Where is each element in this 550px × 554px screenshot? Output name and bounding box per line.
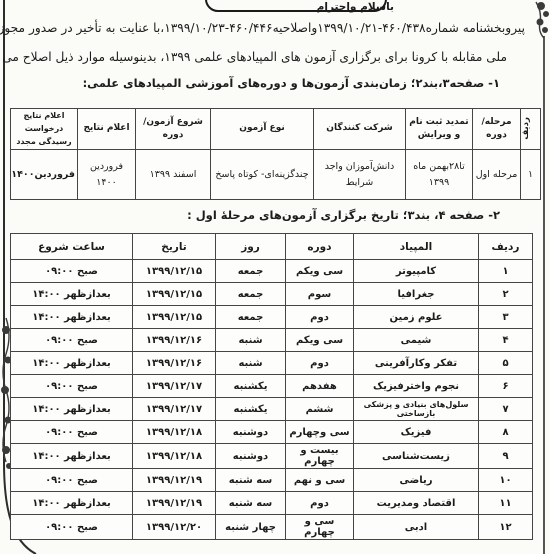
cell-period: ششم bbox=[286, 398, 354, 421]
cell-period: سی ویکم bbox=[286, 329, 354, 352]
cell-period: سی ویکم bbox=[286, 260, 354, 283]
cell-date: ۱۳۹۹/۱۲/۱۵ bbox=[133, 283, 216, 306]
cell-olympiad-name: زیست‌شناسی bbox=[354, 444, 479, 469]
cell-start-time: ۱۴:۰۰ بعدازظهر bbox=[11, 492, 133, 515]
schedule-data-row: ۱ مرحله اول تا۲۸بهمن ماه ۱۳۹۹ دانش‌آموزا… bbox=[11, 150, 541, 200]
cell-period: سی و نهم bbox=[286, 469, 354, 492]
cell-olympiad-name: اقتصاد ومدیریت bbox=[354, 492, 479, 515]
cell-date: ۱۳۹۹/۱۲/۱۷ bbox=[133, 375, 216, 398]
cell-start-time: ۱۴:۰۰ بعدازظهر bbox=[11, 283, 133, 306]
column-header-date: تاریخ bbox=[133, 234, 216, 260]
column-header-olympiad: المپیاد bbox=[354, 234, 479, 260]
cell-row-number: ۱۱ bbox=[479, 492, 533, 515]
cell-olympiad-name: فیزیک bbox=[354, 421, 479, 444]
cell-start-time: ۰۹:۰۰ صبح bbox=[11, 260, 133, 283]
cell-start-time: ۱۴:۰۰ بعدازظهر bbox=[11, 352, 133, 375]
section-1-title: ۱- صفحه۳،بند۲؛ زمان‌بندی آزمون‌ها و دوره… bbox=[83, 76, 500, 90]
exam-table-row: ۴ شیمی سی ویکم شنبه ۱۳۹۹/۱۲/۱۶ ۰۹:۰۰ صبح bbox=[11, 329, 533, 352]
cell-row-number: ۲ bbox=[479, 283, 533, 306]
exam-table-row: ۱۰ ریاضی سی و نهم سه شنبه ۱۳۹۹/۱۲/۱۹ ۰۹:… bbox=[11, 469, 533, 492]
column-header-stage: مرحله/دوره bbox=[473, 109, 521, 150]
cell-day: جمعه bbox=[216, 283, 286, 306]
cell-start-time: ۰۹:۰۰ صبح bbox=[11, 329, 133, 352]
column-header-exam-type: نوع آزمون bbox=[211, 109, 314, 150]
column-header-reappeal: اعلام نتایج درخواست رسیدگی مجدد bbox=[11, 109, 78, 150]
column-header-start: شروع آزمون/ دوره bbox=[136, 109, 211, 150]
cell-day: چهار شنبه bbox=[216, 515, 286, 540]
cell-start-time: ۰۹:۰۰ صبح bbox=[11, 375, 133, 398]
exam-table-row: ۲ جغرافیا سوم جمعه ۱۳۹۹/۱۲/۱۵ ۱۴:۰۰ بعدا… bbox=[11, 283, 533, 306]
cell-start-time: ۱۴:۰۰ بعدازظهر bbox=[11, 398, 133, 421]
cell-olympiad-name: ادبی bbox=[354, 515, 479, 540]
cell-olympiad-name: تفکر وکارآفرینی bbox=[354, 352, 479, 375]
cell-row-number: ۷ bbox=[479, 398, 533, 421]
cell-olympiad-name: علوم زمین bbox=[354, 306, 479, 329]
column-header-row-number: ردیف bbox=[521, 109, 541, 150]
cell-date: ۱۳۹۹/۱۲/۱۸ bbox=[133, 444, 216, 469]
cell-period: سی وچهارم bbox=[286, 421, 354, 444]
cell-row-number: ۱ bbox=[521, 150, 541, 200]
cell-start: اسفند ۱۳۹۹ bbox=[136, 150, 211, 200]
cell-row-number: ۸ bbox=[479, 421, 533, 444]
cell-row-number: ۱ bbox=[479, 260, 533, 283]
exam-header-row: ردیف المپیاد دوره روز تاریخ ساعت شروع bbox=[11, 234, 533, 260]
cell-olympiad-name: ریاضی bbox=[354, 469, 479, 492]
cell-registration: تا۲۸بهمن ماه ۱۳۹۹ bbox=[406, 150, 473, 200]
cell-olympiad-name: جغرافیا bbox=[354, 283, 479, 306]
cell-date: ۱۳۹۹/۱۲/۱۹ bbox=[133, 492, 216, 515]
cell-exam-type: چندگزینه‌ای- کوتاه پاسخ bbox=[211, 150, 314, 200]
cell-day: یکشنبه bbox=[216, 375, 286, 398]
exam-table-row: ۸ فیزیک سی وچهارم دوشنبه ۱۳۹۹/۱۲/۱۸ ۰۹:۰… bbox=[11, 421, 533, 444]
cell-row-number: ۴ bbox=[479, 329, 533, 352]
exam-schedule-table: ردیف المپیاد دوره روز تاریخ ساعت شروع ۱ … bbox=[10, 233, 533, 540]
column-header-row-number: ردیف bbox=[479, 234, 533, 260]
cell-date: ۱۳۹۹/۱۲/۲۰ bbox=[133, 515, 216, 540]
column-header-day: روز bbox=[216, 234, 286, 260]
cell-olympiad-name: کامپیوتر bbox=[354, 260, 479, 283]
cell-period: سوم bbox=[286, 283, 354, 306]
exam-table-row: ۵ تفکر وکارآفرینی دوم شنبه ۱۳۹۹/۱۲/۱۶ ۱۴… bbox=[11, 352, 533, 375]
cell-row-number: ۳ bbox=[479, 306, 533, 329]
cell-day: دوشنبه bbox=[216, 421, 286, 444]
cell-day: جمعه bbox=[216, 260, 286, 283]
column-header-participants: شرکت کنندگان bbox=[314, 109, 406, 150]
exam-table-row: ۱۲ ادبی سی و چهارم چهار شنبه ۱۳۹۹/۱۲/۲۰ … bbox=[11, 515, 533, 540]
cell-row-number: ۱۰ bbox=[479, 469, 533, 492]
cell-day: سه شنبه bbox=[216, 469, 286, 492]
cell-date: ۱۳۹۹/۱۲/۱۶ bbox=[133, 352, 216, 375]
greeting-text: باسلام واحترام bbox=[317, 1, 394, 13]
cell-date: ۱۳۹۹/۱۲/۱۵ bbox=[133, 260, 216, 283]
cell-row-number: ۶ bbox=[479, 375, 533, 398]
cell-period: بیست و چهارم bbox=[286, 444, 354, 469]
section-2-title: ۲- صفحه ۴، بند۳؛ تاریخ برگزاری آزمون‌های… bbox=[187, 208, 500, 222]
exam-table-row: ۷ سلول‌های بنیادی و پزشکی بازساختی ششم ی… bbox=[11, 398, 533, 421]
cell-day: یکشنبه bbox=[216, 398, 286, 421]
cell-start-time: ۰۹:۰۰ صبح bbox=[11, 421, 133, 444]
cell-start-time: ۰۹:۰۰ صبح bbox=[11, 469, 133, 492]
cell-period: دوم bbox=[286, 306, 354, 329]
cell-stage: مرحله اول bbox=[473, 150, 521, 200]
cell-olympiad-name: شیمی bbox=[354, 329, 479, 352]
column-header-results: اعلام نتایج bbox=[78, 109, 136, 150]
cell-olympiad-name: نجوم واخترفیزیک bbox=[354, 375, 479, 398]
cell-day: شنبه bbox=[216, 329, 286, 352]
cell-date: ۱۳۹۹/۱۲/۱۸ bbox=[133, 421, 216, 444]
intro-line-2: ملی مقابله با کرونا برای برگزاری آزمون ه… bbox=[25, 43, 525, 72]
cell-start-time: ۱۴:۰۰ بعدازظهر bbox=[11, 444, 133, 469]
cell-participants: دانش‌آموزان واجد شرایط bbox=[314, 150, 406, 200]
cell-start-time: ۱۴:۰۰ بعدازظهر bbox=[11, 306, 133, 329]
exam-table-row: ۹ زیست‌شناسی بیست و چهارم دوشنبه ۱۳۹۹/۱۲… bbox=[11, 444, 533, 469]
cell-date: ۱۳۹۹/۱۲/۱۵ bbox=[133, 306, 216, 329]
cell-period: دوم bbox=[286, 352, 354, 375]
cell-date: ۱۳۹۹/۱۲/۱۶ bbox=[133, 329, 216, 352]
exam-table-row: ۶ نجوم واخترفیزیک هفدهم یکشنبه ۱۳۹۹/۱۲/۱… bbox=[11, 375, 533, 398]
cell-olympiad-name: سلول‌های بنیادی و پزشکی بازساختی bbox=[354, 398, 479, 421]
cell-row-number: ۹ bbox=[479, 444, 533, 469]
exam-table-row: ۱ کامپیوتر سی ویکم جمعه ۱۳۹۹/۱۲/۱۵ ۰۹:۰۰… bbox=[11, 260, 533, 283]
cell-period: سی و چهارم bbox=[286, 515, 354, 540]
cell-period: دوم bbox=[286, 492, 354, 515]
exam-table-row: ۱۱ اقتصاد ومدیریت دوم سه شنبه ۱۳۹۹/۱۲/۱۹… bbox=[11, 492, 533, 515]
cell-row-number: ۱۲ bbox=[479, 515, 533, 540]
cell-day: دوشنبه bbox=[216, 444, 286, 469]
cell-day: شنبه bbox=[216, 352, 286, 375]
column-header-start-time: ساعت شروع bbox=[11, 234, 133, 260]
column-header-registration: تمدید ثبت نام و ویرایش bbox=[406, 109, 473, 150]
intro-paragraph: پیروبخشنامه شماره۴۶۰/۴۳۸-۱۳۹۹/۱۰/۲۱واصلا… bbox=[25, 14, 525, 72]
corner-floral-ornament-icon bbox=[536, 2, 549, 38]
cell-day: سه شنبه bbox=[216, 492, 286, 515]
schedule-summary-table: ردیف مرحله/دوره تمدید ثبت نام و ویرایش ش… bbox=[10, 108, 541, 200]
cell-date: ۱۳۹۹/۱۲/۱۹ bbox=[133, 469, 216, 492]
cell-date: ۱۳۹۹/۱۲/۱۷ bbox=[133, 398, 216, 421]
exam-table-row: ۳ علوم زمین دوم جمعه ۱۳۹۹/۱۲/۱۵ ۱۴:۰۰ بع… bbox=[11, 306, 533, 329]
cell-period: هفدهم bbox=[286, 375, 354, 398]
cell-day: جمعه bbox=[216, 306, 286, 329]
cell-reappeal-results: فروردین۱۴۰۰ bbox=[11, 150, 78, 200]
cell-results: فروردین ۱۴۰۰ bbox=[78, 150, 136, 200]
scanned-letter-page: باسلام واحترام پیروبخشنامه شماره۴۶۰/۴۳۸-… bbox=[0, 0, 550, 554]
cell-start-time: ۰۹:۰۰ صبح bbox=[11, 515, 133, 540]
column-header-period: دوره bbox=[286, 234, 354, 260]
cell-row-number: ۵ bbox=[479, 352, 533, 375]
exam-table-body: ۱ کامپیوتر سی ویکم جمعه ۱۳۹۹/۱۲/۱۵ ۰۹:۰۰… bbox=[11, 260, 533, 540]
schedule-header-row: ردیف مرحله/دوره تمدید ثبت نام و ویرایش ش… bbox=[11, 109, 541, 150]
intro-line-1: پیروبخشنامه شماره۴۶۰/۴۳۸-۱۳۹۹/۱۰/۲۱واصلا… bbox=[25, 14, 525, 43]
